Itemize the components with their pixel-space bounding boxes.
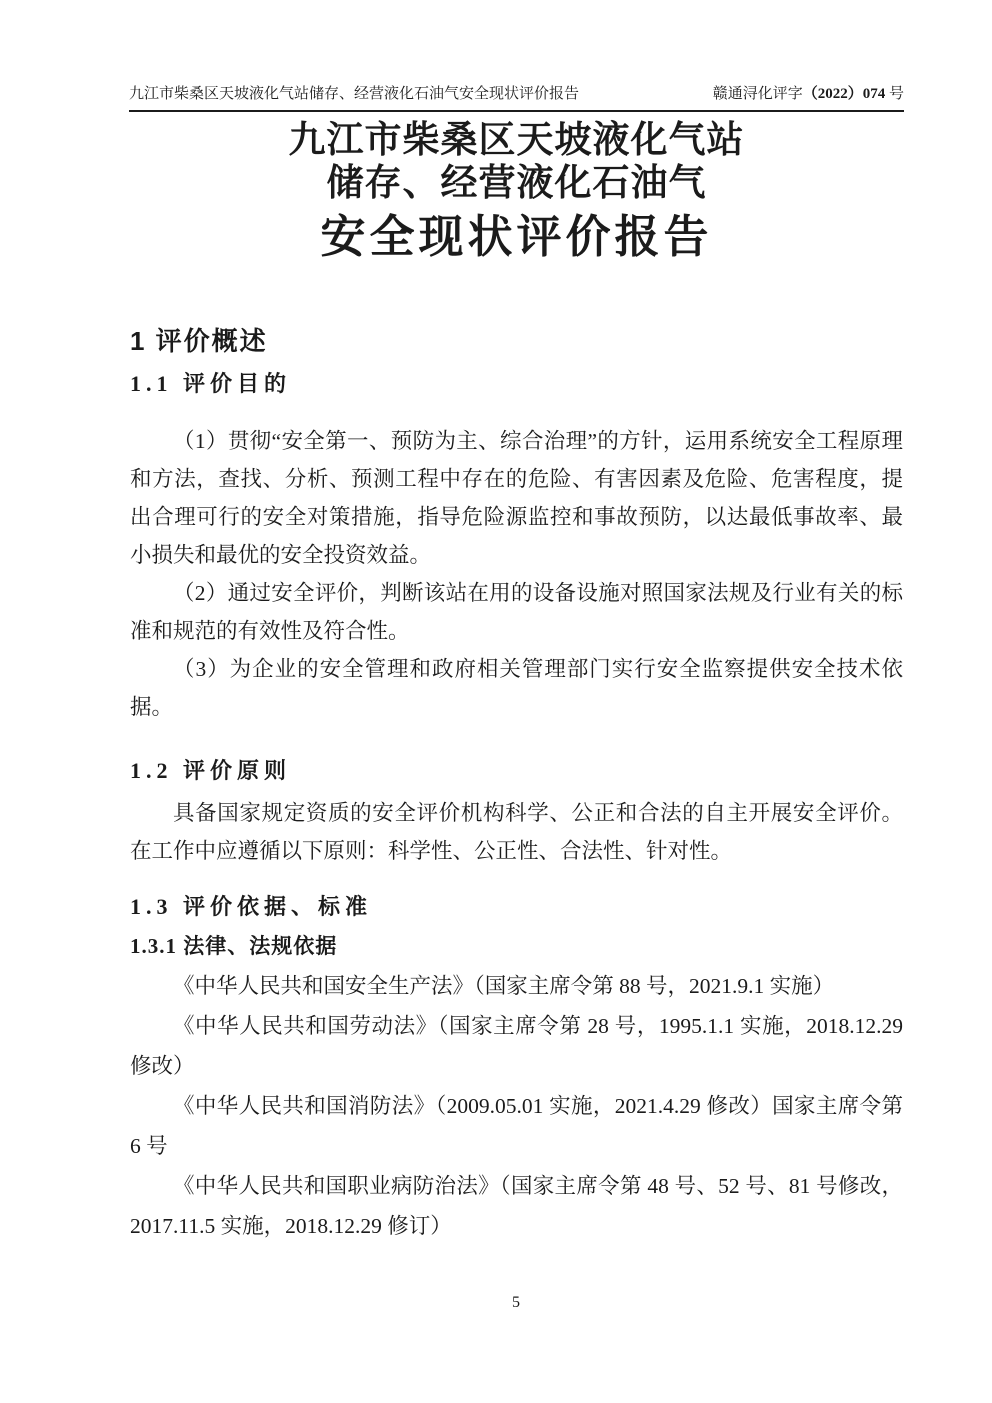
- section-1-1-heading: 1.1 评价目的: [130, 370, 903, 398]
- report-page: 九江市柴桑区天坡液化气站储存、经营液化石油气安全现状评价报告 赣通浔化评字（20…: [0, 0, 992, 1403]
- paragraph-purpose-1: （1）贯彻“安全第一、预防为主、综合治理”的方针，运用系统安全工程原理和方法，查…: [130, 422, 903, 574]
- law-item-1: 《中华人民共和国安全生产法》（国家主席令第 88 号，2021.9.1 实施）: [130, 966, 903, 1006]
- running-header-title: 九江市柴桑区天坡液化气站储存、经营液化石油气安全现状评价报告: [129, 84, 579, 104]
- law-item-3: 《中华人民共和国消防法》（2009.05.01 实施，2021.4.29 修改）…: [130, 1086, 903, 1166]
- paragraph-principles-1: 具备国家规定资质的安全评价机构科学、公正和合法的自主开展安全评价。在工作中应遵循…: [130, 794, 903, 870]
- report-title: 九江市柴桑区天坡液化气站 储存、经营液化石油气 安全现状评价报告: [129, 119, 904, 263]
- law-list: 《中华人民共和国安全生产法》（国家主席令第 88 号，2021.9.1 实施） …: [130, 966, 903, 1246]
- report-title-line3: 安全现状评价报告: [129, 211, 904, 263]
- law-item-2: 《中华人民共和国劳动法》（国家主席令第 28 号，1995.1.1 实施，201…: [130, 1006, 903, 1086]
- report-title-line2: 储存、经营液化石油气: [129, 162, 904, 205]
- section-1-2-heading: 1.2 评价原则: [130, 757, 903, 785]
- document-number: 赣通浔化评字（2022）074 号: [713, 84, 904, 104]
- law-item-4: 《中华人民共和国职业病防治法》（国家主席令第 48 号、52 号、81 号修改，…: [130, 1166, 903, 1246]
- paragraph-purpose-3: （3）为企业的安全管理和政府相关管理部门实行安全监察提供安全技术依据。: [130, 650, 903, 726]
- page-number: 5: [130, 1292, 903, 1314]
- paragraph-purpose-2: （2）通过安全评价，判断该站在用的设备设施对照国家法规及行业有关的标准和规范的有…: [130, 574, 903, 650]
- section-1-3-heading: 1.3 评价依据、标准: [130, 893, 903, 921]
- report-title-line1: 九江市柴桑区天坡液化气站: [129, 119, 904, 162]
- document-number-value: （2022）074: [803, 86, 886, 102]
- running-header: 九江市柴桑区天坡液化气站储存、经营液化石油气安全现状评价报告 赣通浔化评字（20…: [129, 84, 904, 112]
- document-body: 1 评价概述 1.1 评价目的 （1）贯彻“安全第一、预防为主、综合治理”的方针…: [130, 326, 903, 1246]
- document-number-prefix: 赣通浔化评字: [713, 86, 803, 102]
- section-1-heading: 1 评价概述: [130, 326, 903, 356]
- section-1-3-1-heading: 1.3.1 法律、法规依据: [130, 933, 903, 959]
- document-number-suffix: 号: [885, 86, 904, 102]
